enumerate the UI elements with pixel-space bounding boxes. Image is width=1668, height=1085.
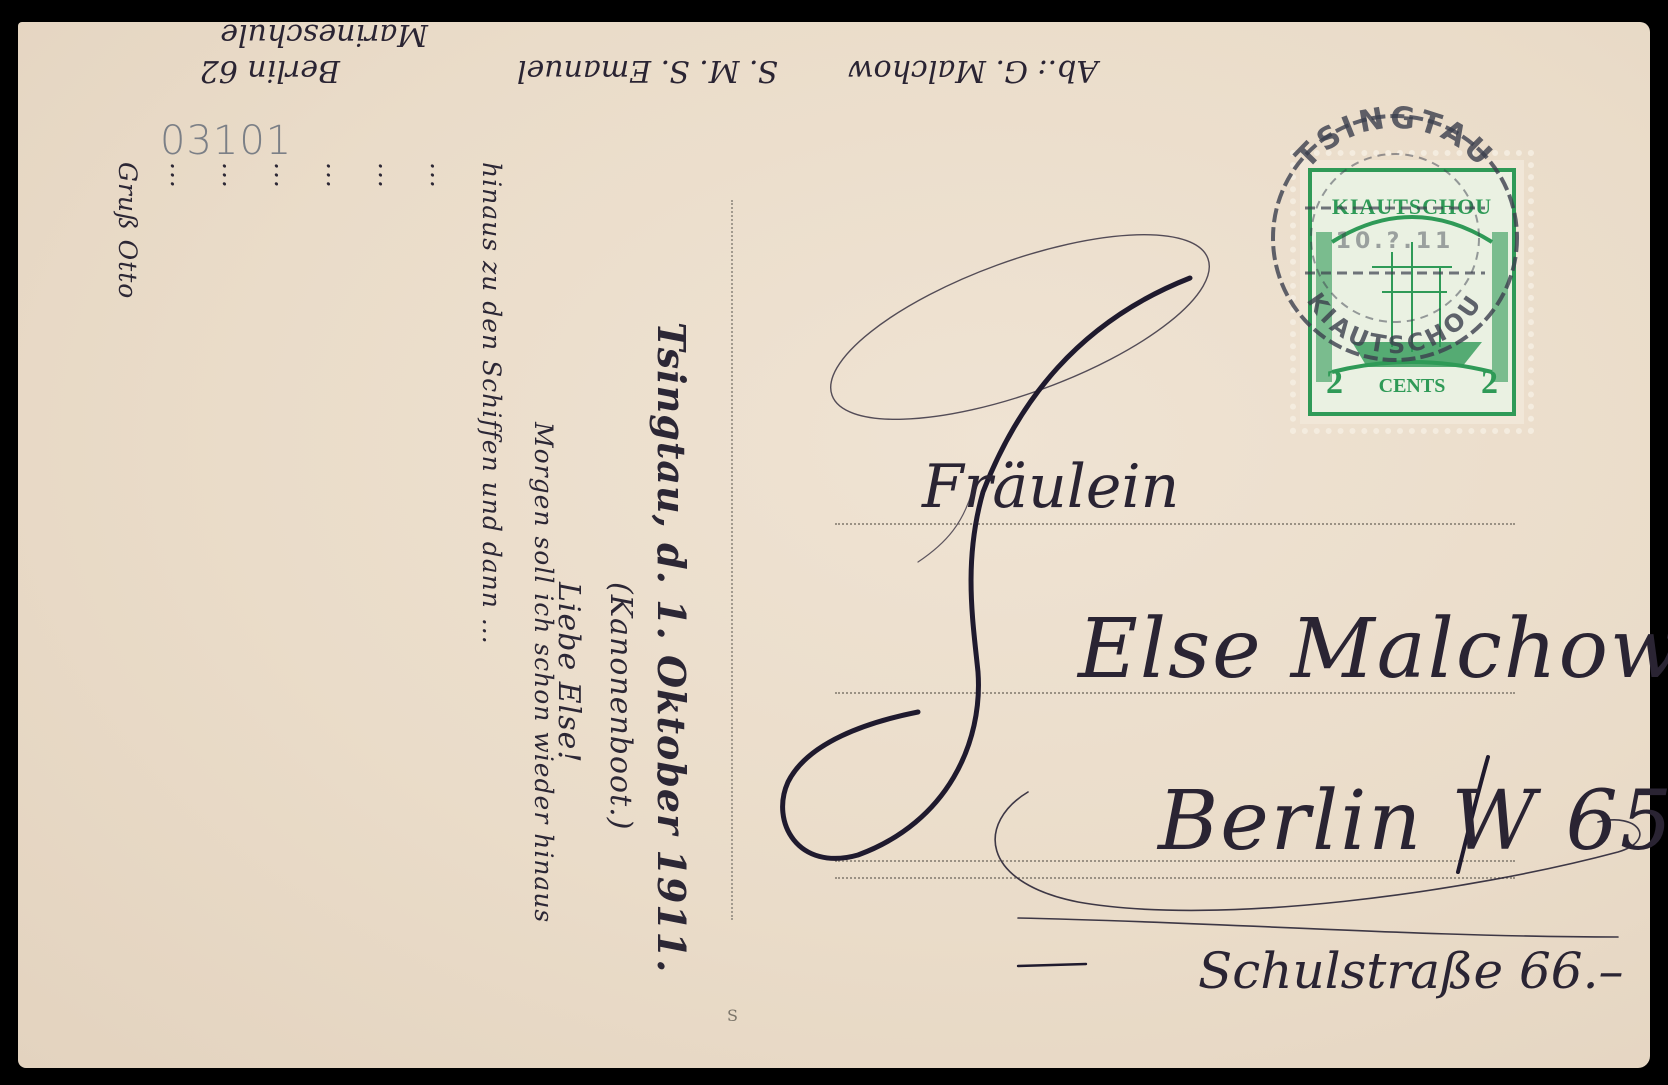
postcard: Berlin 62 S. M. S. Emanuel Marineschule … bbox=[18, 22, 1650, 1068]
postmark-top: TSINGTAU bbox=[1289, 100, 1502, 175]
postmark-date: 10.?.11 bbox=[1336, 229, 1455, 254]
svg-text:KIAUTSCHOU: KIAUTSCHOU bbox=[1301, 288, 1489, 360]
address-title: Fräulein bbox=[922, 452, 1179, 522]
svg-text:TSINGTAU: TSINGTAU bbox=[1289, 100, 1502, 175]
address-city: Berlin W 65 bbox=[1158, 774, 1668, 869]
address-street: Schulstraße 66.– bbox=[1198, 942, 1624, 1000]
postmark: TSINGTAU KIAUTSCHOU 10.?.11 bbox=[1245, 88, 1545, 388]
address-name: Else Malchow, bbox=[1078, 602, 1668, 697]
postmark-bottom: KIAUTSCHOU bbox=[1301, 288, 1489, 360]
